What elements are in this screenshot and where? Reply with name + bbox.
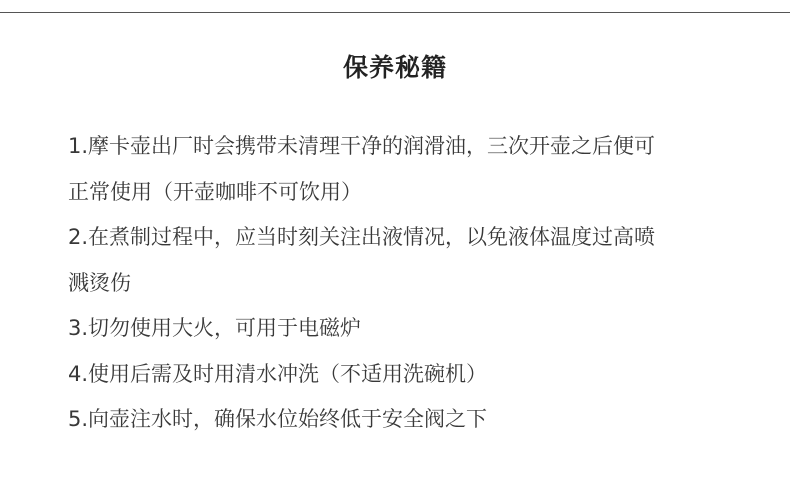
tip-2-line-1: 2.在煮制过程中，应当时刻关注出液情况，以免液体温度过高喷 xyxy=(68,215,748,261)
care-tips-list: 1.摩卡壶出厂时会携带未清理干净的润滑油，三次开壶之后便可 正常使用（开壶咖啡不… xyxy=(68,124,748,443)
tip-1-line-1: 1.摩卡壶出厂时会携带未清理干净的润滑油，三次开壶之后便可 xyxy=(68,124,748,170)
tip-5: 5.向壶注水时，确保水位始终低于安全阀之下 xyxy=(68,397,748,443)
tip-3: 3.切勿使用大火，可用于电磁炉 xyxy=(68,306,748,352)
tip-1-line-2: 正常使用（开壶咖啡不可饮用） xyxy=(68,170,748,216)
page-title: 保养秘籍 xyxy=(0,50,790,86)
top-divider xyxy=(0,12,790,13)
tip-2-line-2: 溅烫伤 xyxy=(68,261,748,307)
tip-4: 4.使用后需及时用清水冲洗（不适用洗碗机） xyxy=(68,352,748,398)
